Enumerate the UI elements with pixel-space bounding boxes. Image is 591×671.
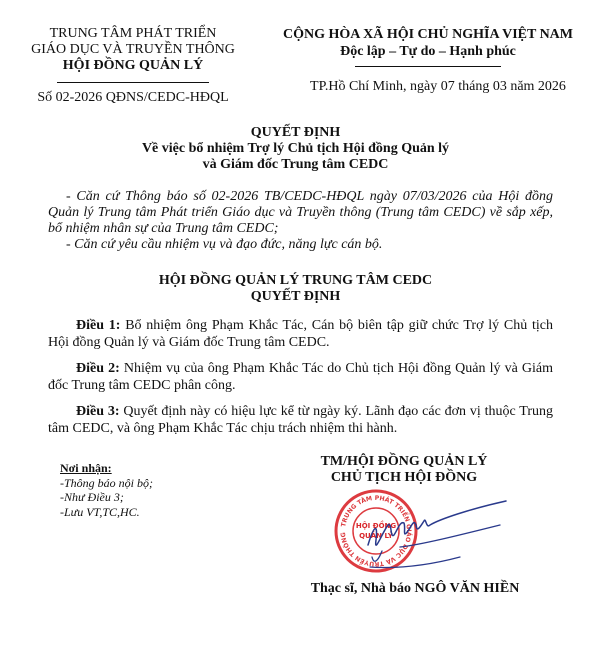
place-and-date: TP.Hồ Chí Minh, ngày 07 tháng 03 năm 202… (288, 79, 588, 95)
document-title: QUYẾT ĐỊNH (0, 125, 591, 141)
basis-item: - Căn cứ Thông báo số 02-2026 TB/CEDC-HĐ… (48, 189, 553, 237)
recipient-item: -Như Điều 3; (60, 490, 240, 505)
document-subject-line2: và Giám đốc Trung tâm CEDC (0, 157, 591, 173)
document-subject-line1: Về việc bổ nhiệm Trợ lý Chủ tịch Hội đồn… (0, 141, 591, 157)
org-name-line2: GIÁO DỤC VÀ TRUYỀN THÔNG (18, 42, 248, 58)
articles: Điều 1: Bổ nhiệm ông Phạm Khắc Tác, Cán … (48, 318, 553, 447)
document-title-block: QUYẾT ĐỊNH Về việc bổ nhiệm Trợ lý Chủ t… (0, 125, 591, 173)
handwritten-signature-icon (360, 495, 510, 575)
decision-word: QUYẾT ĐỊNH (0, 289, 591, 305)
national-motto: Độc lập – Tự do – Hạnh phúc (268, 43, 588, 60)
signer-position: CHỦ TỊCH HỘI ĐỒNG (290, 470, 518, 486)
document-number: Số 02-2026 QĐNS/CEDC-HĐQL (18, 90, 248, 106)
article-text: Quyết định này có hiệu lực kể từ ngày ký… (48, 404, 553, 436)
article-2: Điều 2: Nhiệm vụ của ông Phạm Khắc Tác d… (48, 361, 553, 394)
national-heading: CỘNG HÒA XÃ HỘI CHỦ NGHĨA VIỆT NAM Độc l… (268, 26, 588, 67)
signer-name: Thạc sĩ, Nhà báo NGÔ VĂN HIỀN (290, 581, 540, 597)
legal-basis: - Căn cứ Thông báo số 02-2026 TB/CEDC-HĐ… (48, 189, 553, 253)
article-label: Điều 3: (76, 404, 120, 419)
recipients-block: Nơi nhận: -Thông báo nội bộ; -Như Điều 3… (60, 461, 240, 519)
recipient-item: -Lưu VT,TC,HC. (60, 505, 240, 520)
org-name-line1: TRUNG TÂM PHÁT TRIỂN (18, 26, 248, 42)
article-text: Nhiệm vụ của ông Phạm Khắc Tác do Chủ tị… (48, 361, 553, 393)
article-3: Điều 3: Quyết định này có hiệu lực kể từ… (48, 404, 553, 437)
council-decision-heading: HỘI ĐỒNG QUẢN LÝ TRUNG TÂM CEDC QUYẾT ĐỊ… (0, 273, 591, 305)
article-label: Điều 2: (76, 361, 120, 376)
basis-item: - Căn cứ yêu cầu nhiệm vụ và đạo đức, nă… (48, 237, 553, 253)
on-behalf-of: TM/HỘI ĐỒNG QUẢN LÝ (290, 454, 518, 470)
nation-name: CỘNG HÒA XÃ HỘI CHỦ NGHĨA VIỆT NAM (268, 26, 588, 43)
recipient-item: -Thông báo nội bộ; (60, 476, 240, 491)
article-text: Bổ nhiệm ông Phạm Khắc Tác, Cán bộ biên … (48, 318, 553, 350)
article-1: Điều 1: Bổ nhiệm ông Phạm Khắc Tác, Cán … (48, 318, 553, 351)
council-name: HỘI ĐỒNG QUẢN LÝ TRUNG TÂM CEDC (0, 273, 591, 289)
org-board-name: HỘI ĐỒNG QUẢN LÝ (18, 58, 248, 74)
header-right-divider (355, 66, 501, 67)
header-left-divider (57, 82, 209, 83)
recipients-label: Nơi nhận: (60, 461, 240, 476)
signature-title: TM/HỘI ĐỒNG QUẢN LÝ CHỦ TỊCH HỘI ĐỒNG (290, 454, 518, 486)
issuing-organization: TRUNG TÂM PHÁT TRIỂN GIÁO DỤC VÀ TRUYỀN … (18, 26, 248, 106)
article-label: Điều 1: (76, 318, 120, 333)
